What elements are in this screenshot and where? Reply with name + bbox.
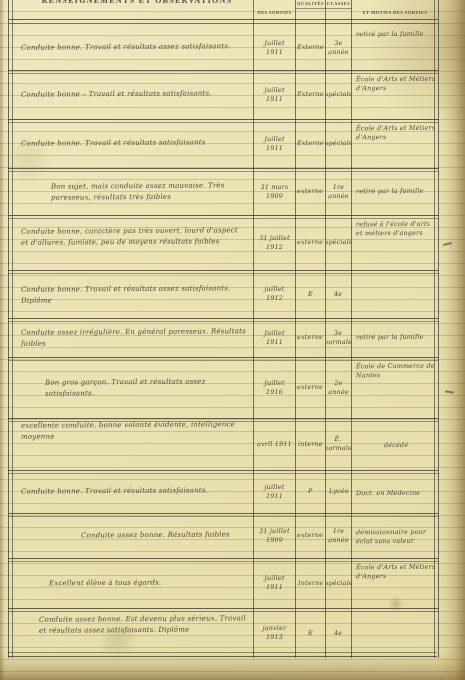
- date-cell: Juillet 1911: [253, 318, 295, 357]
- observations-cell: Conduite bonne. Travail et résultats ass…: [9, 270, 253, 318]
- classe-cell: 4e: [325, 608, 351, 658]
- table-row: Conduite bonne. Travail et résultats sat…: [9, 119, 438, 168]
- table-row: Conduite assez bonne. Est devenu plus sé…: [9, 608, 438, 658]
- classe-cell: É. normale: [325, 418, 351, 470]
- qualite-cell: Externe: [295, 25, 325, 70]
- date-cell: Juillet 1911: [253, 70, 295, 119]
- date-cell: avril 1911: [253, 418, 295, 470]
- classe-cell: 2e année: [325, 357, 351, 418]
- qualite-cell: E: [295, 608, 325, 658]
- observations-cell: Conduite assez bonne. Résultats faibles: [9, 513, 253, 558]
- table-row: Conduite bonne. Travail et résultats ass…: [9, 270, 438, 318]
- date-cell: Juillet 1916: [253, 357, 295, 418]
- motif-cell: retiré par la famille: [351, 25, 438, 70]
- classe-cell: spéciale: [325, 70, 351, 119]
- classe-cell: 1re année: [325, 513, 351, 558]
- table-row: Conduite assez bonne. Résultats faibles …: [9, 513, 438, 558]
- table-row: Bon gros garçon. Travail et résultats as…: [9, 357, 438, 418]
- motif-cell: décédé: [351, 418, 438, 470]
- observations-cell: Bon sujet, mais conduite assez mauvaise.…: [9, 168, 253, 215]
- table-row: Excellent élève à tous égards. Juillet 1…: [9, 558, 438, 608]
- table-row: Conduite bonne – Travail et résultats sa…: [9, 70, 438, 119]
- table-row: Bon sujet, mais conduite assez mauvaise.…: [9, 168, 438, 215]
- table-row: Conduite bonne, caractère pas très ouver…: [9, 215, 438, 270]
- register-page: RENSEIGNEMENTS ET OBSERVATIONS DES SORTI…: [0, 0, 465, 680]
- qualite-cell: interne: [295, 418, 325, 470]
- date-cell: 31 mars 1909: [253, 168, 295, 215]
- table-row: Conduite bonne. Travail et résultats ass…: [9, 25, 438, 70]
- qualite-cell: Externe: [295, 70, 325, 119]
- date-cell: Juillet 1911: [253, 25, 295, 70]
- motif-cell: [351, 608, 438, 658]
- date-cell: juillet 1911: [253, 470, 295, 513]
- observations-cell: Bon gros garçon. Travail et résultats as…: [9, 357, 253, 418]
- motif-cell: refusé à l'école d'arts et métiers d'ang…: [351, 215, 438, 270]
- table-body: Conduite bonne. Travail et résultats ass…: [9, 25, 438, 658]
- motif-cell: École d'Arts et Métiers d'Angers: [351, 558, 438, 608]
- qualite-cell: externe: [295, 513, 325, 558]
- motif-cell: École d'Arts et Métiers d'Angers: [351, 70, 438, 119]
- qualite-cell: externe: [295, 215, 325, 270]
- motif-cell: démissionnaire pour éclat sans valeur: [351, 513, 438, 558]
- motif-cell: École de Commerce de Nantes: [351, 357, 438, 418]
- motif-cell: Doct. en Médecine: [351, 470, 438, 513]
- motif-cell: [351, 270, 438, 318]
- date-cell: juillet 1912: [253, 270, 295, 318]
- register-table: RENSEIGNEMENTS ET OBSERVATIONS DES SORTI…: [8, 0, 439, 658]
- qualite-cell: E: [295, 270, 325, 318]
- classe-cell: spéciale: [325, 215, 351, 270]
- table-header: RENSEIGNEMENTS ET OBSERVATIONS DES SORTI…: [9, 0, 438, 25]
- header-qualites: QUALITÉS: [295, 0, 325, 25]
- observations-cell: Conduite bonne – Travail et résultats sa…: [9, 70, 253, 119]
- header-classes: CLASSES: [325, 0, 351, 25]
- classe-cell: spéciale: [325, 558, 351, 608]
- observations-cell: Conduite bonne, caractère pas très ouver…: [9, 215, 253, 270]
- classe-cell: 3e normale: [325, 318, 351, 357]
- table-row: Conduite bonne. Travail et résultats sat…: [9, 470, 438, 513]
- observations-cell: Conduite assez irrégulière. En général p…: [9, 318, 253, 357]
- table-bottom-rule: [8, 656, 437, 657]
- qualite-cell: externe: [295, 318, 325, 357]
- observations-cell: excellente conduite, bonne volonté évide…: [9, 418, 253, 470]
- date-cell: janvier 1913: [253, 608, 295, 658]
- date-cell: Juillet 1911: [253, 558, 295, 608]
- header-observations: RENSEIGNEMENTS ET OBSERVATIONS: [9, 0, 253, 25]
- qualite-cell: externe: [295, 168, 325, 215]
- classe-cell: Lycée: [325, 470, 351, 513]
- classe-cell: spéciale: [325, 119, 351, 168]
- table-row: excellente conduite, bonne volonté évide…: [9, 418, 438, 470]
- header-dates-sorties: DES SORTIES: [253, 0, 295, 25]
- date-cell: Juillet 1911: [253, 119, 295, 168]
- motif-cell: retiré par la famille: [351, 318, 438, 357]
- date-cell: 31 juillet 1909: [253, 513, 295, 558]
- pen-mark: [445, 390, 454, 393]
- qualite-cell: externe: [295, 357, 325, 418]
- page-title: RENSEIGNEMENTS ET OBSERVATIONS: [37, 0, 237, 5]
- pen-mark: [443, 242, 452, 246]
- qualite-cell: P: [295, 470, 325, 513]
- header-motifs-sorties: ET MOTIFS DES SORTIES: [351, 0, 438, 25]
- observations-cell: Excellent élève à tous égards.: [9, 558, 253, 608]
- table-bottom-rule: [8, 652, 437, 653]
- observations-cell: Conduite bonne. Travail et résultats sat…: [9, 470, 253, 513]
- motif-cell: retiré par la famille: [351, 168, 438, 215]
- observations-cell: Conduite bonne. Travail et résultats sat…: [9, 119, 253, 168]
- observations-cell: Conduite assez bonne. Est devenu plus sé…: [9, 608, 253, 658]
- observations-cell: Conduite bonne. Travail et résultats ass…: [9, 25, 253, 70]
- classe-cell: 1re année: [325, 168, 351, 215]
- motif-cell: École d'Arts et Métiers d'Angers: [351, 119, 438, 168]
- classe-cell: 3e année: [325, 25, 351, 70]
- classe-cell: 4e: [325, 270, 351, 318]
- table-row: Conduite assez irrégulière. En général p…: [9, 318, 438, 357]
- qualite-cell: Interne: [295, 558, 325, 608]
- qualite-cell: Externe: [295, 119, 325, 168]
- date-cell: 31 juillet 1912: [253, 215, 295, 270]
